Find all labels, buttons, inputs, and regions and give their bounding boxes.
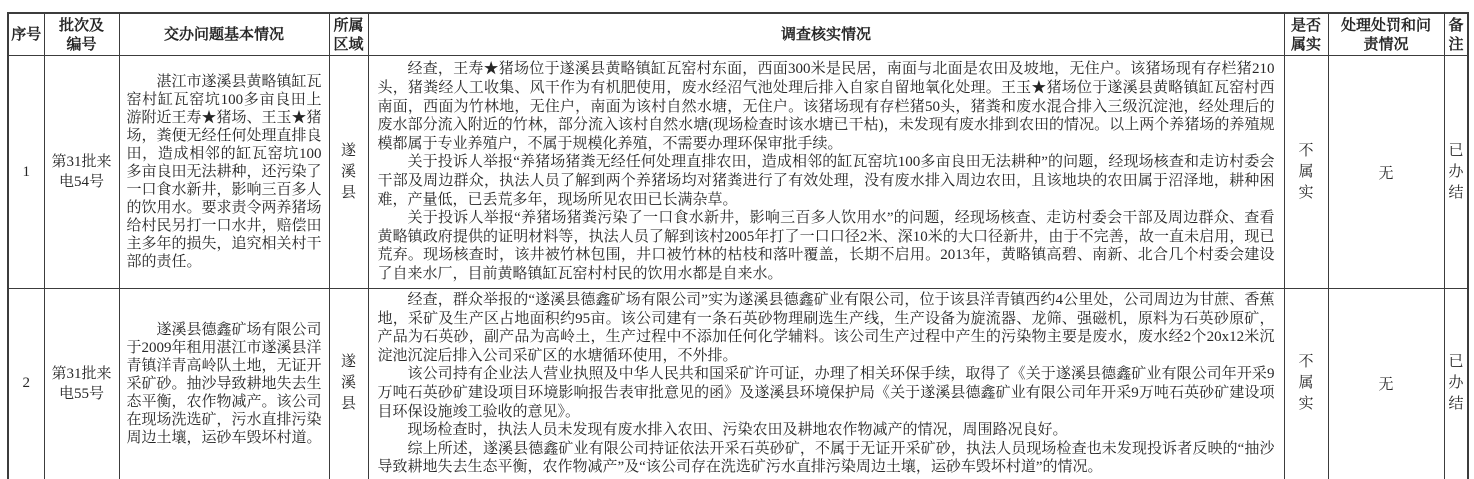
row2-remark: 已办结 <box>1444 289 1468 479</box>
row2-investigation-cell: 经查，群众举报的“遂溪县德鑫矿场有限公司”实为遂溪县德鑫矿业有限公司，位于该县洋… <box>368 289 1284 479</box>
header-row: 序号 批次及编号 交办问题基本情况 所属区域 调查核实情况 是否属实 处理处罚和… <box>8 13 1468 56</box>
row2-investigation-paragraph: 现场检查时，执法人员未发现有废水排入农田、污染农田及耕地农作物减产的情况，周围路… <box>378 421 1275 440</box>
table-row-2: 2 第31批来电55号 遂溪县德鑫矿场有限公司于2009年租用湛江市遂溪县洋青镇… <box>8 289 1468 479</box>
row2-issue-cell: 遂溪县德鑫矿场有限公司于2009年租用湛江市遂溪县洋青镇洋青高岭队土地，无证开采… <box>119 289 329 479</box>
complaint-handling-table: 序号 批次及编号 交办问题基本情况 所属区域 调查核实情况 是否属实 处理处罚和… <box>7 12 1469 479</box>
row2-investigation-paragraph: 经查，群众举报的“遂溪县德鑫矿场有限公司”实为遂溪县德鑫矿业有限公司，位于该县洋… <box>378 291 1275 365</box>
header-investigation: 调查核实情况 <box>368 13 1284 56</box>
row1-investigation-paragraph: 经查，王寿★猪场位于遂溪县黄略镇缸瓦窑村东面，西面300米是民居，南面与北面是农… <box>378 60 1275 153</box>
row1-issue-text: 湛江市遂溪县黄略镇缸瓦窑村缸瓦窑坑100多亩良田上游附近王寿★猪场、王玉★猪场，… <box>127 73 322 271</box>
row2-region: 遂溪县 <box>329 289 368 479</box>
row1-verified-flag: 不属实 <box>1284 56 1328 289</box>
row1-punishment: 无 <box>1328 56 1444 289</box>
row2-verified-flag: 不属实 <box>1284 289 1328 479</box>
row1-index: 1 <box>8 56 44 289</box>
header-region: 所属区域 <box>329 13 368 56</box>
table-row-1: 1 第31批来电54号 湛江市遂溪县黄略镇缸瓦窑村缸瓦窑坑100多亩良田上游附近… <box>8 56 1468 289</box>
row1-batch-number: 第31批来电54号 <box>44 56 119 289</box>
row1-region: 遂溪县 <box>329 56 368 289</box>
row1-investigation-paragraph: 关于投诉人举报“养猪场猪粪污染了一口食水新井，影响三百多人饮用水”的问题，经现场… <box>378 209 1275 283</box>
row2-batch-number: 第31批来电55号 <box>44 289 119 479</box>
row2-index: 2 <box>8 289 44 479</box>
row1-remark: 已办结 <box>1444 56 1468 289</box>
header-punishment: 处理处罚和问责情况 <box>1328 13 1444 56</box>
document-sheet: 序号 批次及编号 交办问题基本情况 所属区域 调查核实情况 是否属实 处理处罚和… <box>0 0 1474 479</box>
header-issue: 交办问题基本情况 <box>119 13 329 56</box>
row2-investigation-paragraph: 综上所述，遂溪县德鑫矿业有限公司持证依法开采石英砂矿，不属于无证开采矿砂，执法人… <box>378 440 1275 477</box>
row1-investigation-paragraph: 关于投诉人举报“养猪场猪粪无经任何处理直排农田，造成相邻的缸瓦窑坑100多亩良田… <box>378 153 1275 209</box>
row2-punishment: 无 <box>1328 289 1444 479</box>
row1-issue-cell: 湛江市遂溪县黄略镇缸瓦窑村缸瓦窑坑100多亩良田上游附近王寿★猪场、王玉★猪场，… <box>119 56 329 289</box>
header-remark: 备注 <box>1444 13 1468 56</box>
header-batch: 批次及编号 <box>44 13 119 56</box>
header-verified: 是否属实 <box>1284 13 1328 56</box>
row2-issue-text: 遂溪县德鑫矿场有限公司于2009年租用湛江市遂溪县洋青镇洋青高岭队土地，无证开采… <box>127 321 322 447</box>
header-index: 序号 <box>8 13 44 56</box>
row2-investigation-paragraph: 该公司持有企业法人营业执照及中华人民共和国采矿许可证，办理了相关环保手续，取得了… <box>378 365 1275 421</box>
row1-investigation-cell: 经查，王寿★猪场位于遂溪县黄略镇缸瓦窑村东面，西面300米是民居，南面与北面是农… <box>368 56 1284 289</box>
